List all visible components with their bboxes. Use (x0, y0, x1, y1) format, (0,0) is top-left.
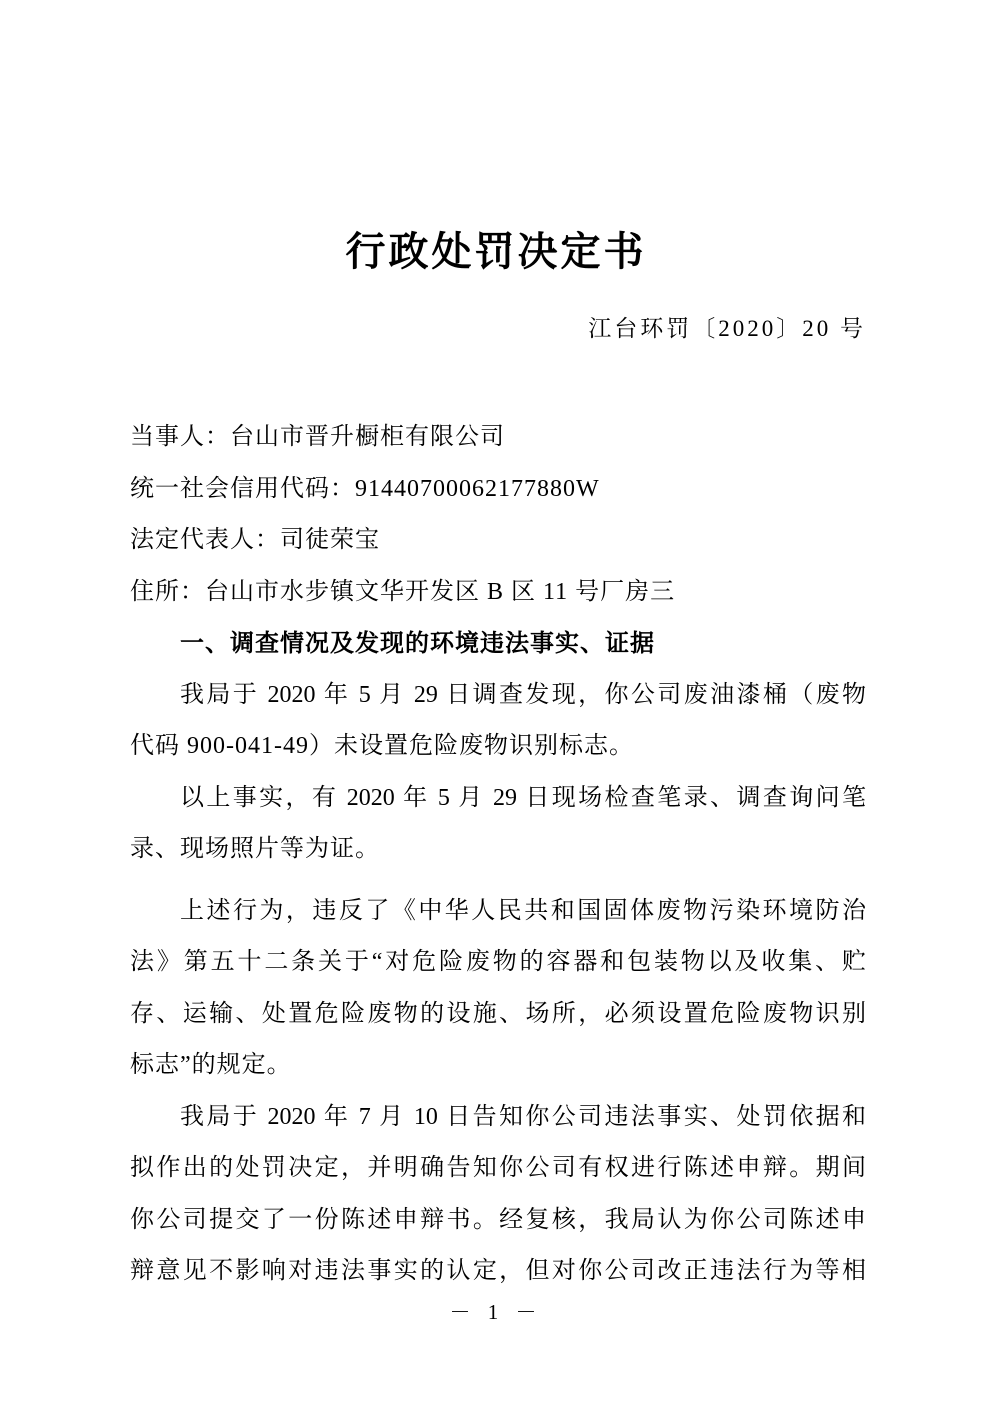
body-line: 以上事实，有 2020 年 5 月 29 日现场检查笔录、调查询问笔 (130, 773, 866, 825)
body-line: 录、现场照片等为证。 (130, 824, 866, 876)
document-body: 当事人：台山市晋升橱柜有限公司 统一社会信用代码：914407000621778… (130, 412, 866, 1298)
body-line: 法》第五十二条关于“对危险废物的容器和包装物以及收集、贮 (130, 937, 866, 989)
body-line: 拟作出的处罚决定，并明确告知你公司有权进行陈述申辩。期间 (130, 1143, 866, 1195)
body-line: 标志”的规定。 (130, 1040, 866, 1092)
party-name-line: 当事人：台山市晋升橱柜有限公司 (130, 412, 866, 464)
body-line: 存、运输、处置危险废物的设施、场所，必须设置危险废物识别 (130, 989, 866, 1041)
document-title: 行政处罚决定书 (0, 220, 992, 277)
address-line: 住所：台山市水步镇文华开发区 B 区 11 号厂房三 (130, 567, 866, 619)
body-line: 辩意见不影响对违法事实的认定，但对你公司改正违法行为等相 (130, 1246, 866, 1298)
body-line: 代码 900-041-49）未设置危险废物识别标志。 (130, 721, 866, 773)
body-line: 上述行为，违反了《中华人民共和国固体废物污染环境防治 (130, 886, 866, 938)
page-number: － 1 － (0, 1296, 992, 1326)
document-page: 行政处罚决定书 江台环罚〔2020〕20 号 当事人：台山市晋升橱柜有限公司 统… (0, 0, 992, 1403)
body-line: 你公司提交了一份陈述申辩书。经复核，我局认为你公司陈述申 (130, 1195, 866, 1247)
document-number: 江台环罚〔2020〕20 号 (130, 310, 866, 343)
body-line: 我局于 2020 年 7 月 10 日告知你公司违法事实、处罚依据和 (130, 1092, 866, 1144)
section-heading: 一、调查情况及发现的环境违法事实、证据 (130, 618, 866, 670)
body-line: 我局于 2020 年 5 月 29 日调查发现，你公司废油漆桶（废物 (130, 670, 866, 722)
legal-representative-line: 法定代表人：司徒荣宝 (130, 515, 866, 567)
credit-code-line: 统一社会信用代码：91440700062177880W (130, 464, 866, 516)
